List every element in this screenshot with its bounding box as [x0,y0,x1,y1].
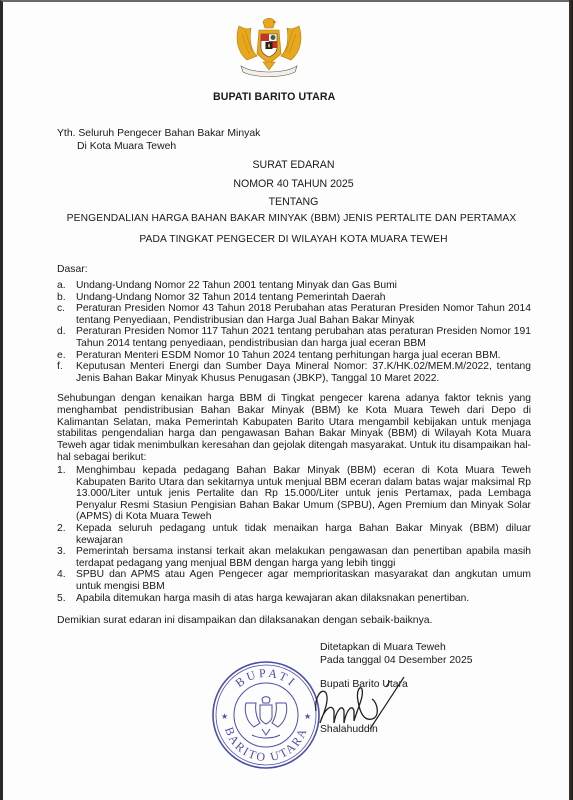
document-type: SURAT EDARAN [7,159,573,171]
directive-item: 2.Kepada seluruh pedagang untuk tidak me… [57,523,531,546]
document-subject-line-1: PENGENDALIAN HARGA BAHAN BAKAR MINYAK (B… [5,213,573,224]
recipient-line-2: Di Kota Muara Teweh [77,141,176,153]
letter-page: BUPATI BARITO UTARA Yth. Seluruh Pengece… [0,0,573,800]
basis-text: Undang-Undang Nomor 32 Tahun 2014 tentan… [76,292,386,303]
directive-text: Apabila ditemukan harga masih di atas ha… [76,593,469,604]
recipient-line-1: Yth. Seluruh Pengecer Bahan Bakar Minyak [57,128,260,140]
svg-text:★: ★ [304,712,311,721]
basis-item: b.Undang-Undang Nomor 32 Tahun 2014 tent… [57,292,531,304]
basis-marker: c. [57,303,65,315]
signature-date: Pada tanggal 04 Desember 2025 [320,655,473,667]
basis-item: e.Peraturan Menteri ESDM Nomor 10 Tahun … [57,350,531,362]
document-number: NOMOR 40 TAHUN 2025 [7,178,573,190]
basis-item: f.Keputusan Menteri Energi dan Sumber Da… [57,361,531,384]
basis-marker: f. [57,361,63,373]
basis-label: Dasar: [57,264,88,276]
directive-item: 1.Menghimbau kepada pedagang Bahan Bakar… [57,465,531,523]
basis-list: a.Undang-Undang Nomor 22 Tahun 2001 tent… [57,280,531,384]
directive-item: 4.SPBU dan APMS atau Agen Pengecer agar … [57,569,531,592]
document-subject-line-2: PADA TINGKAT PENGECER DI WILAYAH KOTA MU… [7,234,573,245]
directive-item: 3.Pemerintah bersama instansi terkait ak… [57,546,531,569]
document-about: TENTANG [7,196,573,208]
svg-text:BUPATI: BUPATI [233,666,300,690]
basis-text: Peraturan Presiden Nomor 117 Tahun 2021 … [76,326,531,349]
directives-list: 1.Menghimbau kepada pedagang Bahan Bakar… [57,465,531,604]
official-stamp-icon: BUPATI BARITO UTARA ★ ★ [210,659,322,771]
basis-marker: b. [57,292,66,304]
basis-marker: a. [57,280,66,292]
basis-text: Undang-Undang Nomor 22 Tahun 2001 tentan… [76,280,397,291]
directive-marker: 2. [57,523,66,535]
basis-marker: e. [57,350,66,362]
directive-marker: 4. [57,569,66,581]
closing-sentence: Demikian surat edaran ini disampaikan da… [57,615,432,627]
basis-text: Peraturan Presiden Nomor 43 Tahun 2018 P… [76,303,531,326]
basis-item: d.Peraturan Presiden Nomor 117 Tahun 202… [57,326,531,349]
basis-item: c.Peraturan Presiden Nomor 43 Tahun 2018… [57,303,531,326]
directive-item: 5.Apabila ditemukan harga masih di atas … [57,593,531,605]
directive-text: Menghimbau kepada pedagang Bahan Bakar M… [76,465,531,522]
directive-marker: 5. [57,593,66,605]
basis-text: Peraturan Menteri ESDM Nomor 10 Tahun 20… [76,350,501,361]
signatory-name: Shalahuddin [320,724,378,736]
signature-place: Ditetapkan di Muara Teweh [320,642,446,654]
basis-marker: d. [57,326,66,338]
directive-marker: 3. [57,546,66,558]
basis-text: Keputusan Menteri Energi dan Sumber Daya… [76,361,531,384]
page-edge [569,0,573,800]
directive-text: Pemerintah bersama instansi terkait akan… [76,546,531,569]
svg-text:★: ★ [221,712,228,721]
directive-text: Kepada seluruh pedagang untuk tidak mena… [76,523,531,546]
directive-marker: 1. [57,465,66,477]
basis-item: a.Undang-Undang Nomor 22 Tahun 2001 tent… [57,280,531,292]
letterhead-title: BUPATI BARITO UTARA [213,91,335,103]
body-paragraph: Sehubungan dengan kenaikan harga BBM di … [57,393,531,464]
directive-text: SPBU dan APMS atau Agen Pengecer agar me… [76,569,531,592]
garuda-emblem-icon [229,14,309,82]
